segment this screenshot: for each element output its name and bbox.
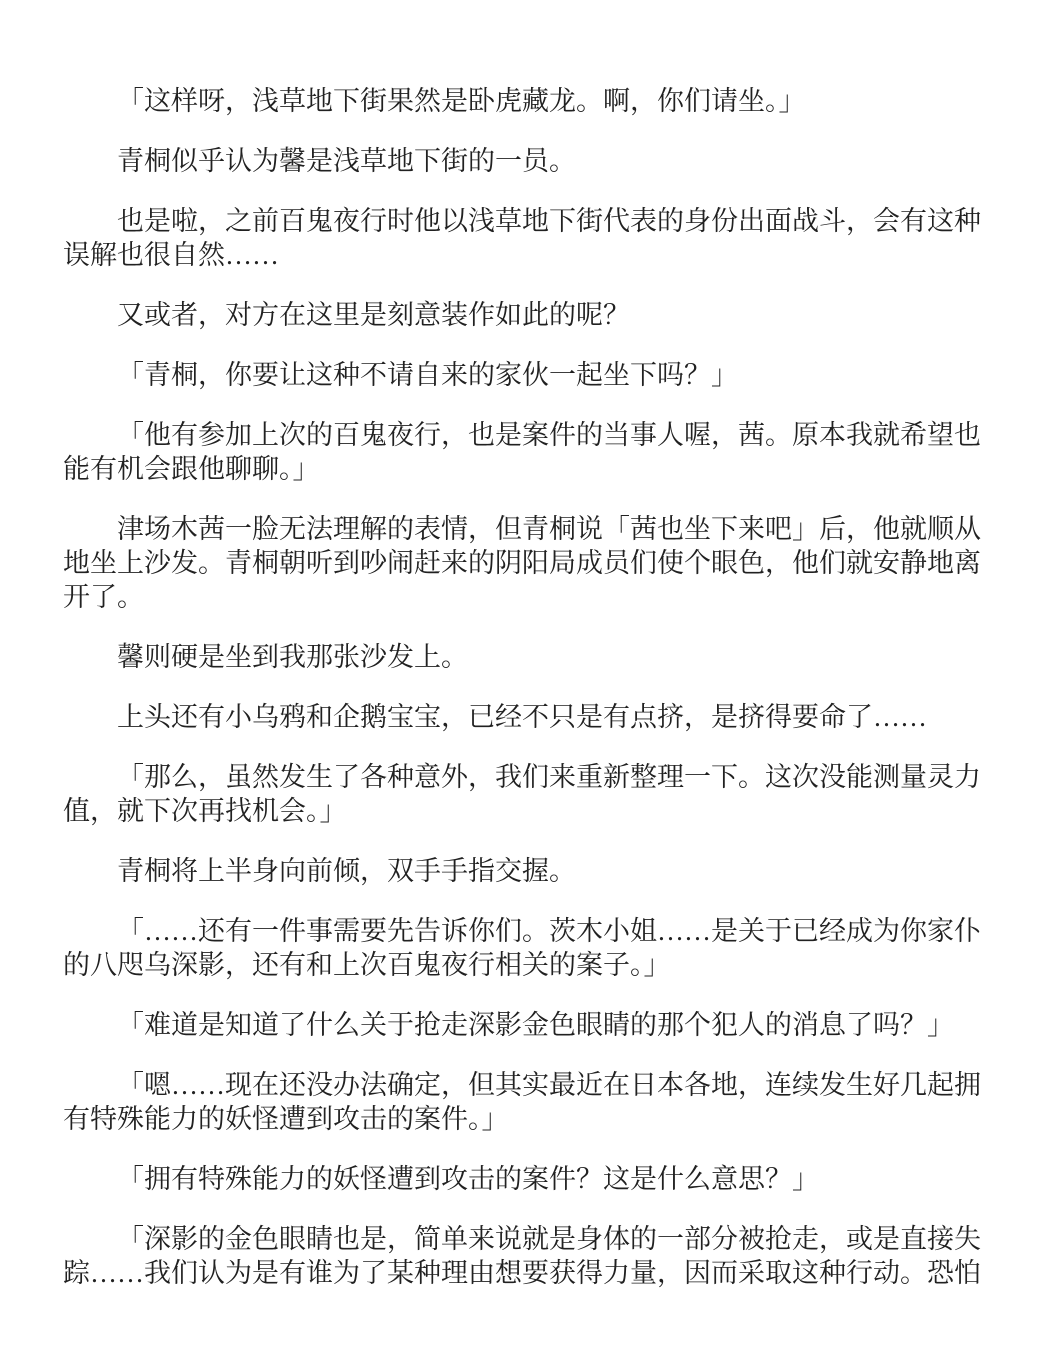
paragraph: 上头还有小乌鸦和企鹅宝宝，已经不只是有点挤，是挤得要命了…… (63, 700, 981, 734)
paragraph: 「他有参加上次的百鬼夜行，也是案件的当事人喔，茜。原本我就希望也能有机会跟他聊聊… (63, 418, 981, 486)
paragraph: 青桐似乎认为馨是浅草地下街的一员。 (63, 144, 981, 178)
paragraph: 「……还有一件事需要先告诉你们。茨木小姐……是关于已经成为你家仆的八咫乌深影，还… (63, 914, 981, 982)
paragraph: 又或者，对方在这里是刻意装作如此的呢？ (63, 298, 981, 332)
paragraph: 「拥有特殊能力的妖怪遭到攻击的案件？这是什么意思？」 (63, 1162, 981, 1196)
paragraph: 「青桐，你要让这种不请自来的家伙一起坐下吗？」 (63, 358, 981, 392)
novel-page: 「这样呀，浅草地下街果然是卧虎藏龙。啊，你们请坐。」 青桐似乎认为馨是浅草地下街… (0, 0, 1045, 1350)
paragraph: 也是啦，之前百鬼夜行时他以浅草地下街代表的身份出面战斗，会有这种误解也很自然…… (63, 204, 981, 272)
paragraph: 「那么，虽然发生了各种意外，我们来重新整理一下。这次没能测量灵力值，就下次再找机… (63, 760, 981, 828)
paragraph: 「难道是知道了什么关于抢走深影金色眼睛的那个犯人的消息了吗？」 (63, 1008, 981, 1042)
paragraph: 津场木茜一脸无法理解的表情，但青桐说「茜也坐下来吧」后，他就顺从地坐上沙发。青桐… (63, 512, 981, 614)
paragraph: 「这样呀，浅草地下街果然是卧虎藏龙。啊，你们请坐。」 (63, 84, 981, 118)
paragraph: 「深影的金色眼睛也是，简单来说就是身体的一部分被抢走，或是直接失踪……我们认为是… (63, 1222, 981, 1290)
paragraph: 馨则硬是坐到我那张沙发上。 (63, 640, 981, 674)
paragraph: 青桐将上半身向前倾，双手手指交握。 (63, 854, 981, 888)
paragraph: 「嗯……现在还没办法确定，但其实最近在日本各地，连续发生好几起拥有特殊能力的妖怪… (63, 1068, 981, 1136)
